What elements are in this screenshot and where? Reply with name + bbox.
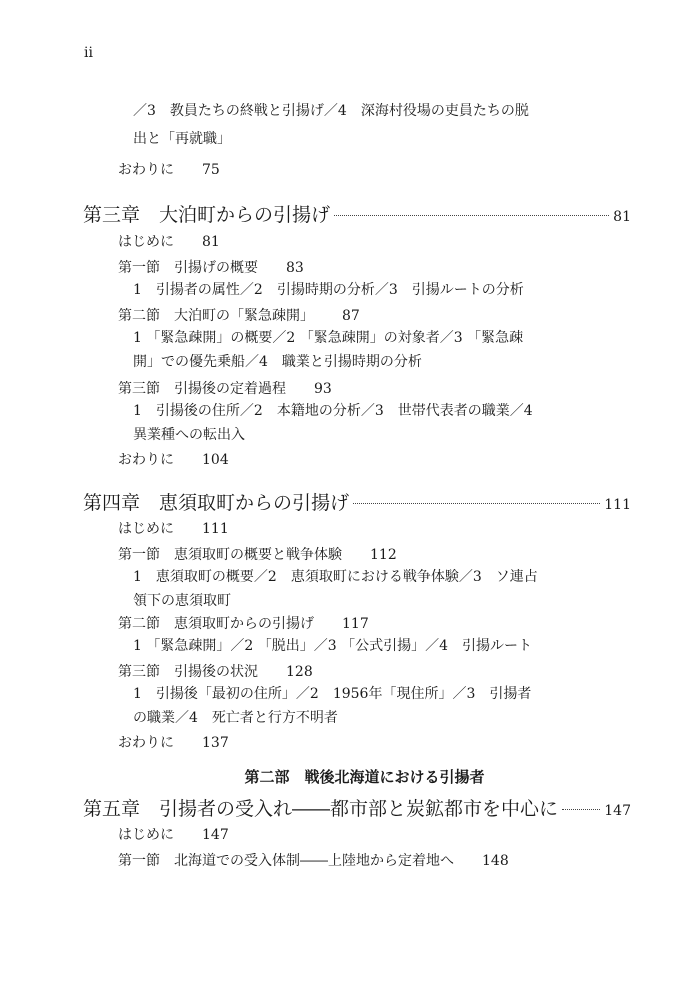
section-title: はじめに — [118, 521, 174, 537]
page-number: 83 — [286, 260, 304, 276]
toc-subsection-list: 1 「緊急疎開」の概要／2 「緊急疎開」の対象者／3 「緊急疎 — [133, 329, 523, 347]
toc-section-entry: はじめに147 — [118, 826, 229, 844]
toc-section-entry: おわりに104 — [118, 451, 229, 469]
page-number: 87 — [342, 308, 360, 324]
part-heading: 第二部 戦後北海道における引揚者 — [0, 767, 699, 787]
page-number: 148 — [482, 853, 509, 869]
subsection-text: 1 引揚後の住所／2 本籍地の分析／3 世帯代表者の職業／4 — [133, 403, 533, 419]
page-number: 81 — [613, 205, 631, 229]
toc-subsection-list: 1 引揚後「最初の住所」／2 1956年「現住所」／3 引揚者 — [133, 685, 531, 703]
toc-section-entry: 第三節 引揚後の定着過程93 — [118, 380, 332, 398]
section-title: 第二節 大泊町の「緊急疎開」 — [118, 308, 314, 324]
dot-leader — [334, 215, 609, 216]
page-number: 137 — [202, 735, 229, 751]
page-number: 111 — [604, 493, 631, 517]
toc-subsection-list: 1 引揚後の住所／2 本籍地の分析／3 世帯代表者の職業／4 — [133, 402, 533, 420]
subsection-text: 1 恵須取町の概要／2 恵須取町における戦争体験／3 ソ連占 — [133, 569, 538, 585]
section-title: はじめに — [118, 827, 174, 843]
section-title: 第一節 引揚げの概要 — [118, 260, 258, 276]
toc-subsection-list: ／3 教員たちの終戦と引揚げ／4 深海村役場の吏員たちの脱 — [133, 102, 529, 120]
page-number: 147 — [202, 827, 229, 843]
toc-section-entry: はじめに111 — [118, 520, 229, 538]
page-number: 81 — [202, 234, 220, 250]
toc-subsection-list: 1 「緊急疎開」／2 「脱出」／3 「公式引揚」／4 引揚ルート — [133, 637, 532, 655]
subsection-text: 異業種への転出入 — [133, 427, 245, 443]
toc-section-entry: おわりに137 — [118, 734, 229, 752]
toc-section-entry: 第一節 恵須取町の概要と戦争体験112 — [118, 546, 397, 564]
page-folio: ii — [84, 45, 93, 61]
subsection-text: の職業／4 死亡者と行方不明者 — [133, 710, 338, 726]
subsection-text: 領下の恵須取町 — [133, 593, 231, 609]
section-title: おわりに — [118, 162, 174, 178]
subsection-text: 開」での優先乗船／4 職業と引揚時期の分析 — [133, 354, 422, 370]
toc-chapter-entry: 第五章 引揚者の受入れ――都市部と炭鉱都市を中心に147 — [83, 797, 631, 823]
section-title: おわりに — [118, 735, 174, 751]
section-title: 第二節 恵須取町からの引揚げ — [118, 616, 314, 632]
toc-section-entry: 第二節 恵須取町からの引揚げ117 — [118, 615, 369, 633]
section-title: はじめに — [118, 234, 174, 250]
toc-section-entry: 第三節 引揚後の状況128 — [118, 663, 313, 681]
toc-chapter-entry: 第三章 大泊町からの引揚げ81 — [83, 203, 631, 229]
toc-section-entry: 第一節 引揚げの概要83 — [118, 259, 304, 277]
chapter-title: 第五章 引揚者の受入れ――都市部と炭鉱都市を中心に — [83, 797, 558, 821]
subsection-text: ／3 教員たちの終戦と引揚げ／4 深海村役場の吏員たちの脱 — [133, 103, 529, 119]
section-title: 第三節 引揚後の定着過程 — [118, 381, 286, 397]
subsection-text: 1 「緊急疎開」／2 「脱出」／3 「公式引揚」／4 引揚ルート — [133, 638, 532, 654]
page-number: 93 — [314, 381, 332, 397]
page-number: 111 — [202, 521, 229, 537]
toc-subsection-list: の職業／4 死亡者と行方不明者 — [133, 709, 338, 727]
section-title: おわりに — [118, 452, 174, 468]
toc-section-entry: 第一節 北海道での受入体制――上陸地から定着地へ148 — [118, 852, 509, 870]
page-number: 112 — [370, 547, 397, 563]
dot-leader — [562, 809, 600, 810]
subsection-text: 1 引揚者の属性／2 引揚時期の分析／3 引揚ルートの分析 — [133, 282, 524, 298]
toc-section-entry: おわりに75 — [118, 161, 220, 179]
page-number: 75 — [202, 162, 220, 178]
toc-subsection-list: 領下の恵須取町 — [133, 592, 231, 610]
subsection-text: 出と「再就職」 — [133, 131, 231, 147]
page-number: 117 — [342, 616, 369, 632]
subsection-text: 1 引揚後「最初の住所」／2 1956年「現住所」／3 引揚者 — [133, 686, 531, 702]
toc-subsection-list: 出と「再就職」 — [133, 130, 231, 148]
dot-leader — [353, 503, 600, 504]
chapter-title: 第三章 大泊町からの引揚げ — [83, 203, 330, 227]
subsection-text: 1 「緊急疎開」の概要／2 「緊急疎開」の対象者／3 「緊急疎 — [133, 330, 523, 346]
toc-subsection-list: 異業種への転出入 — [133, 426, 245, 444]
chapter-title: 第四章 恵須取町からの引揚げ — [83, 491, 349, 515]
page-number: 128 — [286, 664, 313, 680]
toc-subsection-list: 1 恵須取町の概要／2 恵須取町における戦争体験／3 ソ連占 — [133, 568, 538, 586]
section-title: 第三節 引揚後の状況 — [118, 664, 258, 680]
page-number: 104 — [202, 452, 229, 468]
toc-chapter-entry: 第四章 恵須取町からの引揚げ111 — [83, 491, 631, 517]
toc-subsection-list: 1 引揚者の属性／2 引揚時期の分析／3 引揚ルートの分析 — [133, 281, 524, 299]
toc-section-entry: 第二節 大泊町の「緊急疎開」87 — [118, 307, 360, 325]
section-title: 第一節 恵須取町の概要と戦争体験 — [118, 547, 342, 563]
toc-section-entry: はじめに81 — [118, 233, 220, 251]
toc-subsection-list: 開」での優先乗船／4 職業と引揚時期の分析 — [133, 353, 422, 371]
section-title: 第一節 北海道での受入体制――上陸地から定着地へ — [118, 853, 454, 869]
page-number: 147 — [604, 799, 631, 823]
